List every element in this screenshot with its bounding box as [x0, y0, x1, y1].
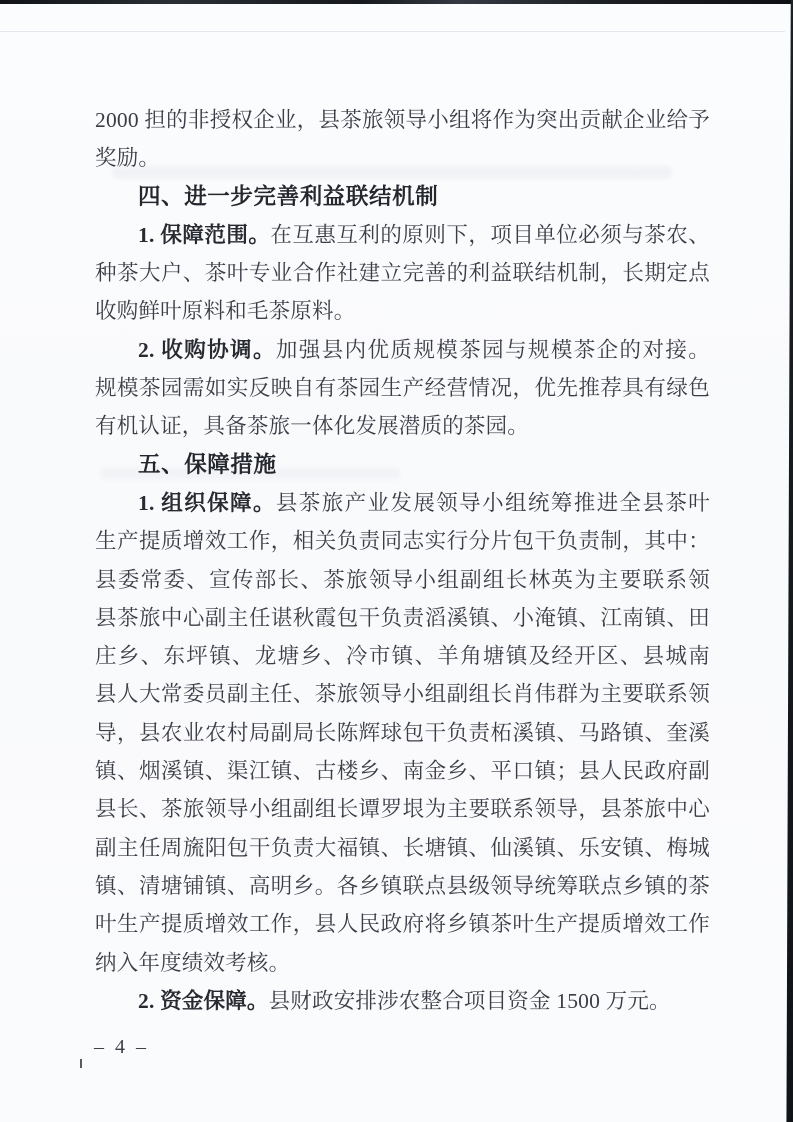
scan-crease-line	[0, 31, 785, 32]
text-line: 生产提质增效工作，相关负责同志实行分片包干负责制，其中：	[95, 522, 710, 560]
text-line: 2. 资金保障。县财政安排涉农整合项目资金 1500 万元。	[95, 982, 710, 1020]
text-line: 导，县农业农村局副局长陈辉球包干负责柘溪镇、马路镇、奎溪	[95, 714, 710, 752]
text-line: 县长、茶旅领导小组副组长谭罗垠为主要联系领导，县茶旅中心	[95, 790, 710, 828]
text-line: 叶生产提质增效工作，县人民政府将乡镇茶叶生产提质增效工作	[95, 905, 710, 943]
text-line: 庄乡、东坪镇、龙塘乡、冷市镇、羊角塘镇及经开区、县城南区；	[95, 637, 710, 675]
text-line: 1. 保障范围。在互惠互利的原则下，项目单位必须与茶农、	[95, 216, 710, 254]
page-number: – 4 –	[94, 1036, 149, 1059]
text-line: 县委常委、宣传部长、茶旅领导小组副组长林英为主要联系领导，	[95, 561, 710, 599]
section-heading: 四、进一步完善利益联结机制	[95, 178, 710, 216]
text-line: 2000 担的非授权企业，县茶旅领导小组将作为突出贡献企业给予	[95, 101, 710, 139]
text-line: 种茶大户、茶叶专业合作社建立完善的利益联结机制，长期定点	[95, 254, 710, 292]
text-line: 2. 收购协调。加强县内优质规模茶园与规模茶企的对接。	[95, 331, 710, 369]
text-line: 镇、清塘铺镇、高明乡。各乡镇联点县级领导统筹联点乡镇的茶	[95, 867, 710, 905]
text-line: 县茶旅中心副主任谌秋霞包干负责滔溪镇、小淹镇、江南镇、田	[95, 599, 710, 637]
scan-right-edge-artifact	[785, 0, 793, 1122]
scan-speck-artifact	[80, 1059, 82, 1068]
text-line: 县人大常委员副主任、茶旅领导小组副组长肖伟群为主要联系领	[95, 675, 710, 713]
text-line: 纳入年度绩效考核。	[95, 944, 710, 982]
text-line: 收购鲜叶原料和毛茶原料。	[95, 292, 710, 330]
text-line: 副主任周旒阳包干负责大福镇、长塘镇、仙溪镇、乐安镇、梅城	[95, 829, 710, 867]
text-line: 奖励。	[95, 139, 710, 177]
text-line: 规模茶园需如实反映自有茶园生产经营情况，优先推荐具有绿色	[95, 369, 710, 407]
section-heading: 五、保障措施	[95, 446, 710, 484]
text-line: 镇、烟溪镇、渠江镇、古楼乡、南金乡、平口镇；县人民政府副	[95, 752, 710, 790]
document-page: 2000 担的非授权企业，县茶旅领导小组将作为突出贡献企业给予 奖励。 四、进一…	[0, 0, 793, 1122]
text-line: 有机认证，具备茶旅一体化发展潜质的茶园。	[95, 407, 710, 445]
document-body: 2000 担的非授权企业，县茶旅领导小组将作为突出贡献企业给予 奖励。 四、进一…	[95, 101, 710, 1020]
text-line: 1. 组织保障。县茶旅产业发展领导小组统筹推进全县茶叶	[95, 484, 710, 522]
scan-top-edge-artifact	[0, 0, 793, 4]
